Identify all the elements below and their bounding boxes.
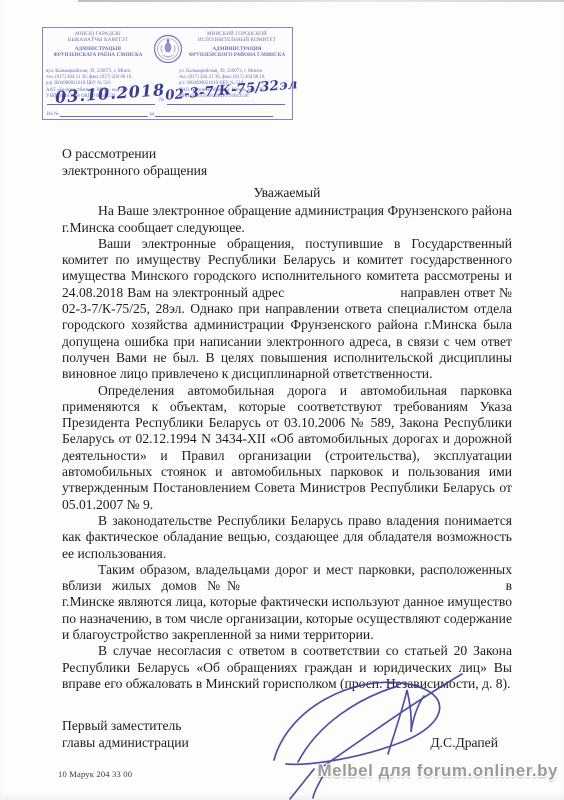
subject-line: электронного обращения [62, 163, 512, 180]
signature-block: Первый заместитель главы администрации Д… [62, 718, 512, 751]
signer-position-line: Первый заместитель [62, 718, 189, 734]
salutation: Уважаемый [62, 185, 512, 201]
signer-position-line: главы администрации [62, 735, 189, 751]
paragraph-intro: На Ваше электронное обращение администра… [62, 203, 512, 236]
watermark: Melbel для forum.onliner.by [317, 761, 558, 781]
letter-body: О рассмотрении электронного обращения Ув… [62, 0, 512, 751]
paragraph-response-history: Ваши электронные обращения, поступившие … [62, 236, 512, 383]
subject-block: О рассмотрении электронного обращения [62, 146, 512, 179]
paragraph-ownership-law: В законодательстве Республики Беларусь п… [62, 513, 512, 562]
executor-footer: 10 Марук 204 33 00 [58, 769, 132, 779]
signer-name: Д.С.Драпей [430, 735, 512, 751]
signer-position: Первый заместитель главы администрации [62, 718, 189, 751]
scanned-letter-page: МІНСКІ ГАРАДСКІ ВЫКАНАЎЧЫ КАМІТЭТ АДМІНІ… [0, 0, 564, 800]
na-number-label: На № [47, 112, 59, 117]
redacted-email-blank [284, 296, 396, 297]
paragraph-legal-definitions: Определения автомобильная дорога и автом… [62, 383, 512, 513]
paragraph-owners-conclusion: Таким образом, владельцами дорог и мест … [62, 562, 512, 643]
paragraph-appeal-rights: В случае несогласия с ответом в соответс… [62, 643, 512, 692]
redacted-house-numbers-blank [257, 589, 495, 590]
subject-line: О рассмотрении [62, 146, 512, 163]
